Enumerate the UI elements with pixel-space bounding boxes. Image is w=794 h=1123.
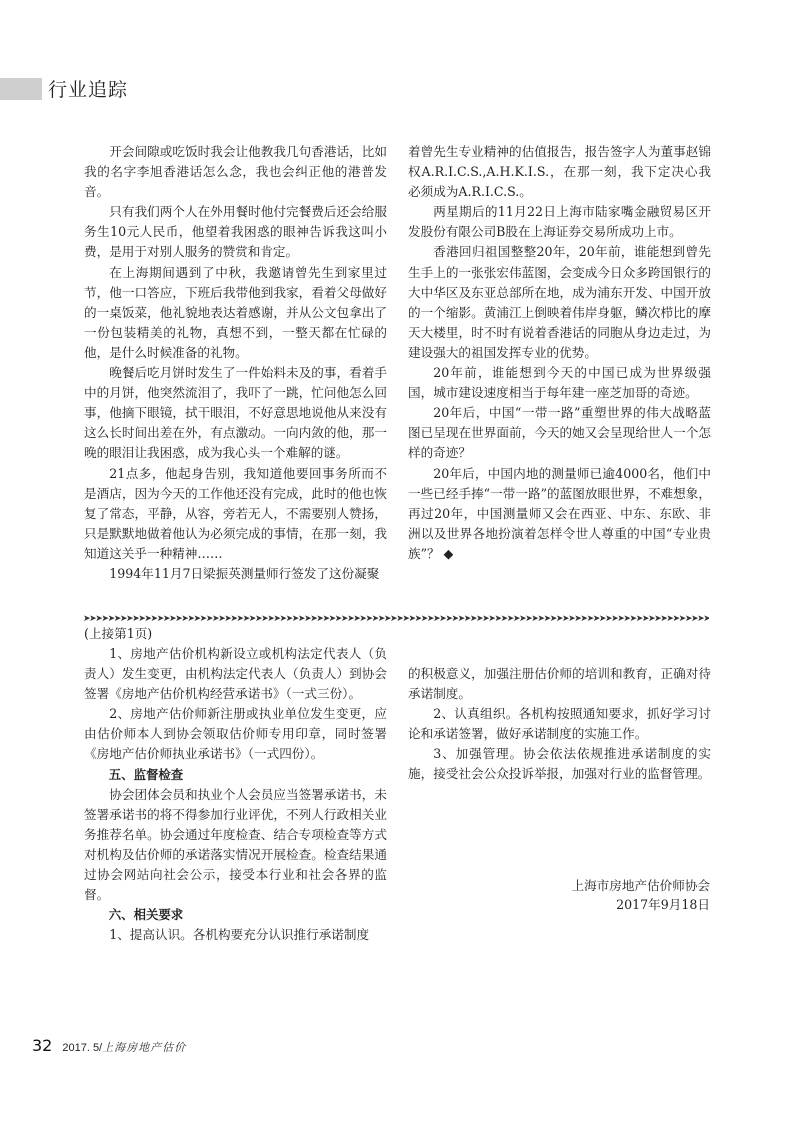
article-paragraph: 只有我们两个人在外用餐时他付完餐费后还会给服务生10元人民币，他望着我困惑的眼神… [84, 202, 387, 262]
page-number: 32 [32, 1036, 52, 1055]
publication-logo: 上海房地产估价 [102, 1041, 186, 1054]
notice-paragraph: 1、提高认识。各机构要充分认识推行承诺制度 [84, 925, 387, 945]
notice-paragraph: 1、房地产估价机构新设立或机构法定代表人（负责人）发生变更，由机构法定代表人（负… [84, 644, 387, 704]
notice-paragraph: 2、房地产估价师新注册或执业单位发生变更，应由估价师本人到协会领取估价师专用印章… [84, 704, 387, 764]
article-paragraph: 两星期后的11月22日上海市陆家嘴金融贸易区开发股份有限公司B股在上海证券交易所… [408, 202, 711, 242]
signature-date: 2017年9月18日 [571, 895, 710, 914]
article-paragraph: 1994年11月7日梁振英测量师行签发了这份凝聚 [84, 564, 387, 584]
notice-heading: 五、监督检查 [84, 765, 387, 785]
article-paragraph: 香港回归祖国整整20年，20年前，谁能想到曾先生手上的一张张宏伟蓝图，会变成今日… [408, 242, 711, 363]
issue-label: 2017. 5/ [62, 1042, 102, 1054]
article-paragraph-last: 20年后，中国内地的测量师已逾4000名，他们中一些已经手捧“一带一路”的蓝图放… [408, 464, 711, 564]
notice-paragraph: 3、加强管理。协会依法依规推进承诺制度的实施，接受社会公众投诉举报，加强对行业的… [408, 744, 711, 784]
article-paragraph: 着曾先生专业精神的估值报告，报告签字人为董事赵锦权A.R.I.C.S.,A.H.… [408, 142, 711, 202]
notice-heading: 六、相关要求 [84, 905, 387, 925]
page-footer: 32 2017. 5/上海房地产估价 [32, 1036, 186, 1055]
arrow-divider: ➤➤➤➤➤➤➤➤➤➤➤➤➤➤➤➤➤➤➤➤➤➤➤➤➤➤➤➤➤➤➤➤➤➤➤➤➤➤➤➤… [83, 614, 709, 624]
article-left-column: 开会间隙或吃饭时我会让他教我几句香港话，比如我的名字李旭香港话怎么念，我也会纠正… [84, 142, 387, 584]
article-paragraph-text: 20年后，中国内地的测量师已逾4000名，他们中一些已经手捧“一带一路”的蓝图放… [408, 466, 711, 561]
section-title: 行业追踪 [48, 75, 128, 102]
article-right-column: 着曾先生专业精神的估值报告，报告签字人为董事赵锦权A.R.I.C.S.,A.H.… [408, 142, 711, 564]
signature-organization: 上海市房地产估价师协会 [571, 876, 710, 895]
continued-from-label: (上接第1页) [84, 624, 387, 644]
article-paragraph: 晚餐后吃月饼时发生了一件始料未及的事，看着手中的月饼，他突然流泪了，我吓了一跳，… [84, 363, 387, 463]
notice-left-column: (上接第1页) 1、房地产估价机构新设立或机构法定代表人（负责人）发生变更，由机… [84, 624, 387, 945]
article-paragraph: 21点多，他起身告别，我知道他要回事务所而不是酒店，因为今天的工作他还没有完成，… [84, 464, 387, 564]
article-paragraph: 20年前，谁能想到今天的中国已成为世界级强国，城市建设速度相当于每年建一座芝加哥… [408, 363, 711, 403]
footer-issue-group: 2017. 5/上海房地产估价 [62, 1036, 186, 1055]
article-paragraph: 20年后，中国“一带一路”重塑世界的伟大战略蓝图已呈现在世界面前，今天的她又会呈… [408, 403, 711, 463]
section-header-bar [0, 78, 42, 100]
end-diamond-icon: ◆ [444, 546, 454, 561]
article-paragraph: 在上海期间遇到了中秋，我邀请曾先生到家里过节，他一口答应，下班后我带他到我家，看… [84, 263, 387, 363]
notice-paragraph: 协会团体会员和执业个人会员应当签署承诺书，未签署承诺书的将不得参加行业评优，不列… [84, 785, 387, 906]
notice-right-column: 的积极意义，加强注册估价师的培训和教育，正确对待承诺制度。 2、认真组织。各机构… [408, 664, 711, 785]
notice-paragraph: 2、认真组织。各机构按照通知要求，抓好学习讨论和承诺签署，做好承诺制度的实施工作… [408, 704, 711, 744]
article-paragraph: 开会间隙或吃饭时我会让他教我几句香港话，比如我的名字李旭香港话怎么念，我也会纠正… [84, 142, 387, 202]
signature-block: 上海市房地产估价师协会 2017年9月18日 [571, 876, 710, 914]
notice-paragraph: 的积极意义，加强注册估价师的培训和教育，正确对待承诺制度。 [408, 664, 711, 704]
